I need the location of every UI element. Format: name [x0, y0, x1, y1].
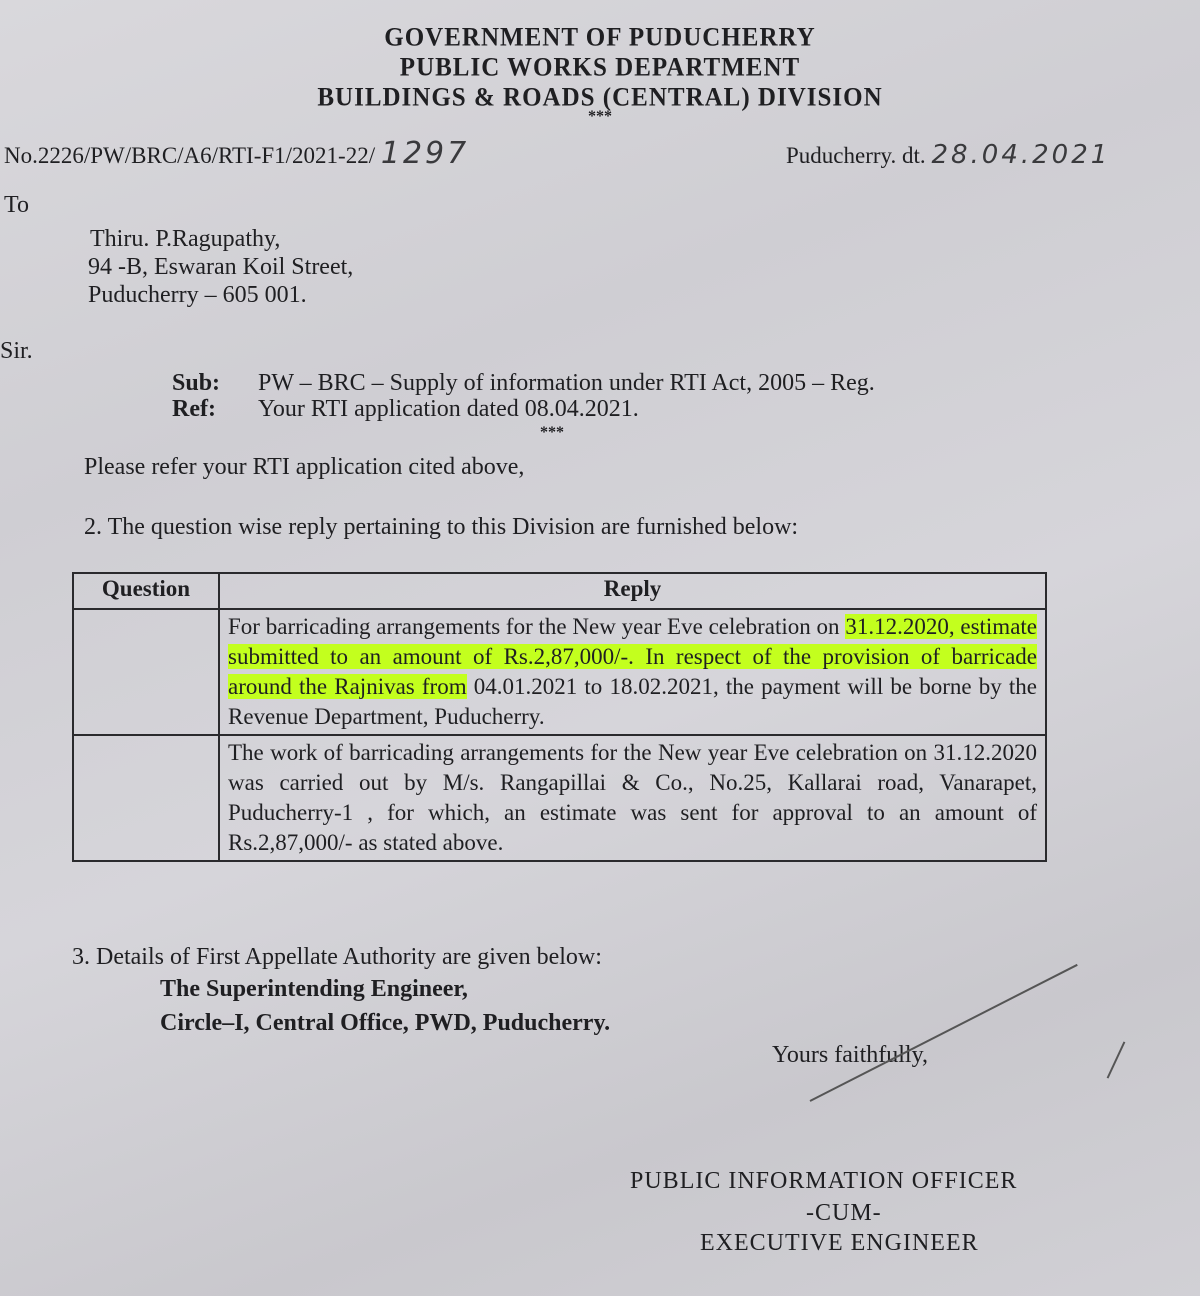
salutation: Sir.: [0, 338, 33, 365]
table-row: The work of barricading arrangements for…: [73, 735, 1046, 861]
signature-stroke: [810, 964, 1078, 1102]
reply-text-start: For barricading arrangements for the New…: [228, 614, 845, 639]
reference-text: Your RTI application dated 08.04.2021.: [258, 396, 639, 422]
reference-number-printed: No.2226/PW/BRC/A6/RTI-F1/2021-22/: [4, 143, 375, 168]
body-paragraph-2: 2. The question wise reply pertaining to…: [84, 514, 798, 541]
rti-reply-letter: GOVERNMENT OF PUDUCHERRY PUBLIC WORKS DE…: [0, 0, 1200, 1296]
column-header-question: Question: [73, 573, 219, 609]
letterhead-separator: ***: [0, 108, 1200, 126]
reference-line: Ref:Your RTI application dated 08.04.202…: [172, 396, 639, 423]
letterhead-department: PUBLIC WORKS DEPARTMENT: [0, 53, 1200, 82]
column-header-reply: Reply: [219, 573, 1046, 609]
signature-mark: [1107, 1041, 1126, 1078]
reference-number-handwritten: 1297: [381, 136, 469, 171]
date-handwritten: 28.04.2021: [931, 140, 1110, 170]
to-label: To: [4, 192, 29, 219]
letterhead-government: GOVERNMENT OF PUDUCHERRY: [0, 23, 1200, 52]
body-paragraph-1: Please refer your RTI application cited …: [84, 454, 524, 481]
appellate-authority-office: Circle–I, Central Office, PWD, Puducherr…: [160, 1010, 610, 1037]
question-cell: [73, 735, 219, 861]
subject-label: Sub:: [172, 370, 258, 397]
designation-executive-engineer: EXECUTIVE ENGINEER: [700, 1230, 979, 1257]
addressee-name: Thiru. P.Ragupathy,: [90, 226, 280, 253]
addressee-address-line1: 94 -B, Eswaran Koil Street,: [88, 254, 353, 281]
subject-separator: ***: [540, 424, 564, 442]
reference-number: No.2226/PW/BRC/A6/RTI-F1/2021-22/ 1297: [4, 136, 469, 171]
table-header-row: Question Reply: [73, 573, 1046, 609]
reference-date: Puducherry. dt. 28.04.2021: [786, 140, 1110, 170]
designation-pio: PUBLIC INFORMATION OFFICER: [630, 1168, 1017, 1195]
reference-label: Ref:: [172, 396, 258, 423]
appellate-authority-title: The Superintending Engineer,: [160, 976, 468, 1003]
closing-yours-faithfully: Yours faithfully,: [772, 1042, 928, 1069]
subject-line: Sub:PW – BRC – Supply of information und…: [172, 370, 875, 397]
addressee-address-line2: Puducherry – 605 001.: [88, 282, 307, 309]
table-row: For barricading arrangements for the New…: [73, 609, 1046, 735]
question-cell: [73, 609, 219, 735]
reply-cell: The work of barricading arrangements for…: [219, 735, 1046, 861]
reply-table: Question Reply For barricading arrangeme…: [72, 572, 1047, 862]
subject-text: PW – BRC – Supply of information under R…: [258, 370, 875, 396]
place-label: Puducherry. dt.: [786, 143, 926, 168]
reply-cell: For barricading arrangements for the New…: [219, 609, 1046, 735]
appellate-heading: 3. Details of First Appellate Authority …: [72, 944, 602, 971]
designation-cum: -CUM-: [806, 1200, 882, 1227]
